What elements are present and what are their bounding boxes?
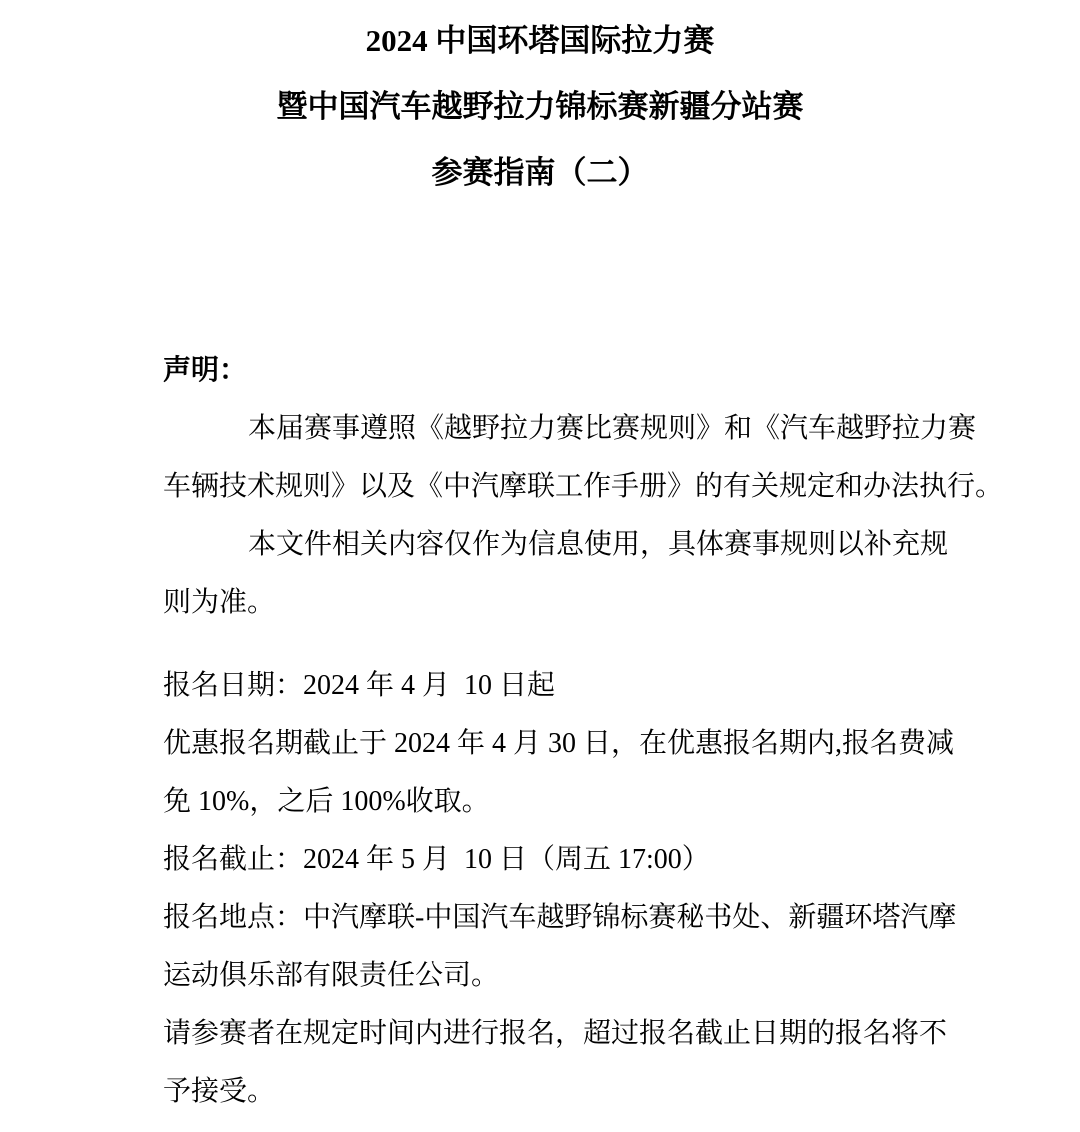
document-page: 2024 中国环塔国际拉力赛 暨中国汽车越野拉力锦标赛新疆分站赛 参赛指南（二）… [0, 0, 1080, 1132]
document-body: 声明： 本届赛事遵照《越野拉力赛比赛规则》和《汽车越野拉力赛 车辆技术规则》以及… [0, 206, 1080, 1121]
registration-deadline-line: 报名截止：2024 年 5 月 10 日（周五 17:00） [163, 831, 1022, 889]
title-line-2: 暨中国汽车越野拉力锦标赛新疆分站赛 [0, 74, 1080, 140]
registration-date-line: 报名日期：2024 年 4 月 10 日起 [163, 657, 1022, 715]
statement-para2-line2: 则为准。 [163, 574, 1022, 632]
registration-notice-line2: 予接受。 [163, 1063, 1022, 1121]
statement-para2-line1: 本文件相关内容仅作为信息使用，具体赛事规则以补充规 [163, 516, 1022, 574]
registration-notice-line1: 请参赛者在规定时间内进行报名，超过报名截止日期的报名将不 [163, 1005, 1022, 1063]
registration-location-line1: 报名地点：中汽摩联-中国汽车越野锦标赛秘书处、新疆环塔汽摩 [163, 889, 1022, 947]
registration-location-line2: 运动俱乐部有限责任公司。 [163, 947, 1022, 1005]
discount-period-line2: 免 10%，之后 100%收取。 [163, 773, 1022, 831]
discount-period-line1: 优惠报名期截止于 2024 年 4 月 30 日，在优惠报名期内,报名费减 [163, 715, 1022, 773]
document-title-block: 2024 中国环塔国际拉力赛 暨中国汽车越野拉力锦标赛新疆分站赛 参赛指南（二） [0, 0, 1080, 206]
title-line-1: 2024 中国环塔国际拉力赛 [0, 8, 1080, 74]
statement-para1-line1: 本届赛事遵照《越野拉力赛比赛规则》和《汽车越野拉力赛 [163, 400, 1022, 458]
statement-heading: 声明： [163, 342, 1022, 400]
title-line-3: 参赛指南（二） [0, 140, 1080, 206]
statement-para1-line2: 车辆技术规则》以及《中汽摩联工作手册》的有关规定和办法执行。 [163, 458, 1022, 516]
